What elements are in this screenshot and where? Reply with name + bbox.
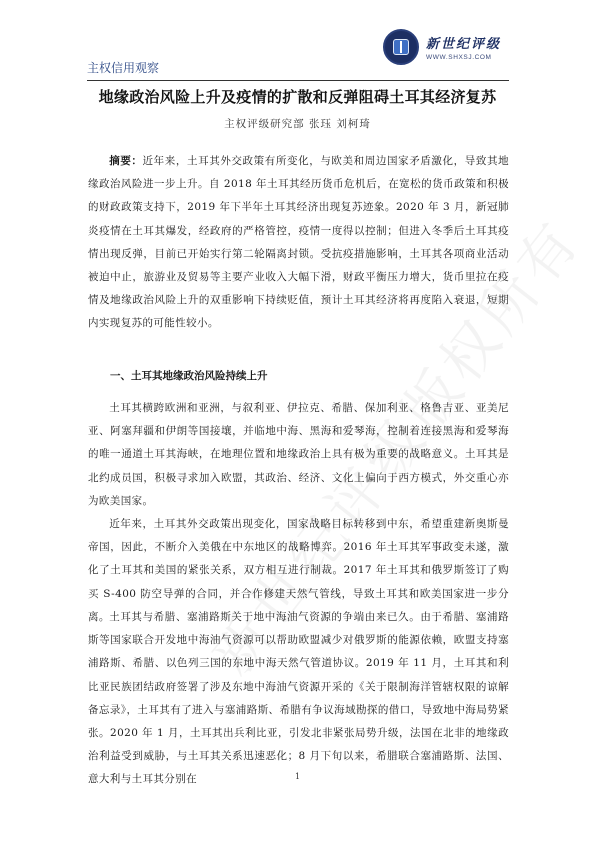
page-number: 1 [0,772,595,781]
abstract-label: 摘要： [109,155,143,167]
document-page: 新世纪评级版权所有 新世纪评级 WWW.SHXSJ.COM 主权信用观察 地缘政… [0,0,595,841]
abstract-text: 近年来，土耳其外交政策有所变化，与欧美和周边国家矛盾激化，导致其地缘政治风险进一… [88,155,509,329]
article-authors: 主权评级研究部 张珏 刘柯琦 [0,116,595,131]
article-title: 地缘政治风险上升及疫情的扩散和反弹阻碍土耳其经济复苏 [0,86,595,107]
section-heading: 一、土耳其地缘政治风险持续上升 [110,368,268,383]
company-logo: 新世纪评级 WWW.SHXSJ.COM [383,29,501,65]
logo-name: 新世纪评级 [426,33,501,52]
section-tag: 主权信用观察 [87,59,159,76]
logo-url: WWW.SHXSJ.COM [426,54,501,61]
body-paragraph: 土耳其横跨欧洲和亚洲，与叙利亚、伊拉克、希腊、保加利亚、格鲁吉亚、亚美尼亚、阿塞… [88,397,509,513]
abstract: 摘要：近年来，土耳其外交政策有所变化，与欧美和周边国家矛盾激化，导致其地缘政治风… [88,150,509,336]
header-divider [87,80,509,81]
logo-emblem-icon [383,29,419,65]
body-paragraph: 土耳其与希腊、塞浦路斯关于地中海油气资源的争端由来已久。由于希腊、塞浦路斯等国家… [88,606,509,792]
